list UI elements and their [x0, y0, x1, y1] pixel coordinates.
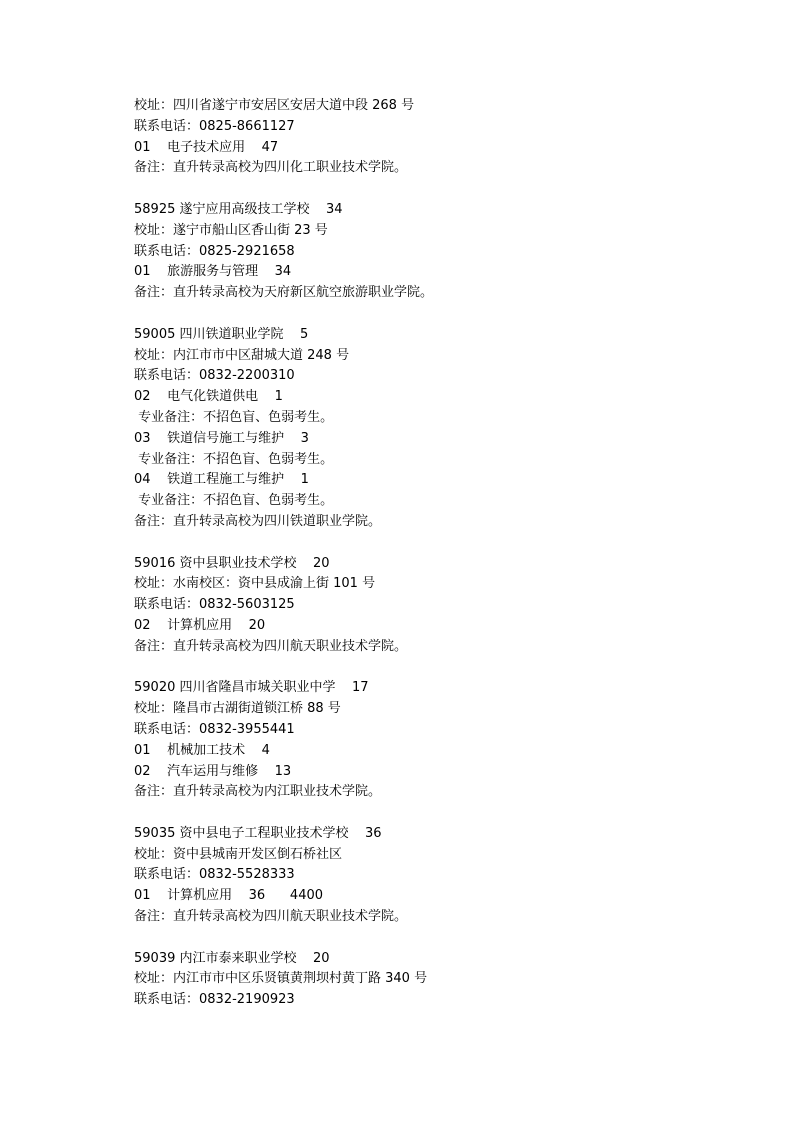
school-header: 59005 四川铁道职业学院 5	[134, 325, 694, 346]
school-header: 59039 内江市泰来职业学校 20	[134, 949, 694, 970]
major-remark: 专业备注：不招色盲、色弱考生。	[134, 450, 694, 471]
spacer	[134, 803, 694, 824]
school-header: 58925 遂宁应用高级技工学校 34	[134, 200, 694, 221]
school-address: 校址：内江市市中区甜城大道 248 号	[134, 346, 694, 367]
spacer	[134, 304, 694, 325]
school-address: 校址：内江市市中区乐贤镇黄荆坝村黄丁路 340 号	[134, 969, 694, 990]
school-phone: 联系电话：0825-2921658	[134, 242, 694, 263]
school-header: 59020 四川省隆昌市城关职业中学 17	[134, 678, 694, 699]
school-block: 校址：四川省遂宁市安居区安居大道中段 268 号 联系电话：0825-86611…	[134, 96, 694, 179]
school-remark: 备注：直升转录高校为四川化工职业技术学院。	[134, 158, 694, 179]
school-block: 59039 内江市泰来职业学校 20 校址：内江市市中区乐贤镇黄荆坝村黄丁路 3…	[134, 949, 694, 1011]
major-entry: 02 电气化铁道供电 1	[134, 387, 694, 408]
school-block: 59020 四川省隆昌市城关职业中学 17 校址：隆昌市古湖街道锁江桥 88 号…	[134, 678, 694, 803]
major-remark: 专业备注：不招色盲、色弱考生。	[134, 491, 694, 512]
major-entry: 02 计算机应用 20	[134, 616, 694, 637]
school-remark: 备注：直升转录高校为四川航天职业技术学院。	[134, 637, 694, 658]
major-remark: 专业备注：不招色盲、色弱考生。	[134, 408, 694, 429]
spacer	[134, 658, 694, 679]
school-remark: 备注：直升转录高校为四川航天职业技术学院。	[134, 907, 694, 928]
school-remark: 备注：直升转录高校为四川铁道职业学院。	[134, 512, 694, 533]
major-entry: 03 铁道信号施工与维护 3	[134, 429, 694, 450]
major-entry: 04 铁道工程施工与维护 1	[134, 470, 694, 491]
school-address: 校址：四川省遂宁市安居区安居大道中段 268 号	[134, 96, 694, 117]
major-entry: 01 机械加工技术 4	[134, 741, 694, 762]
school-header: 59016 资中县职业技术学校 20	[134, 554, 694, 575]
school-block: 59016 资中县职业技术学校 20 校址：水南校区：资中县成渝上街 101 号…	[134, 554, 694, 658]
spacer	[134, 928, 694, 949]
major-entry: 01 计算机应用 36 4400	[134, 886, 694, 907]
spacer	[134, 179, 694, 200]
school-block: 58925 遂宁应用高级技工学校 34 校址：遂宁市船山区香山街 23 号 联系…	[134, 200, 694, 304]
school-phone: 联系电话：0832-5603125	[134, 595, 694, 616]
school-remark: 备注：直升转录高校为天府新区航空旅游职业学院。	[134, 283, 694, 304]
school-phone: 联系电话：0832-3955441	[134, 720, 694, 741]
school-header: 59035 资中县电子工程职业技术学校 36	[134, 824, 694, 845]
document-page: 校址：四川省遂宁市安居区安居大道中段 268 号 联系电话：0825-86611…	[134, 96, 694, 1011]
school-phone: 联系电话：0832-2190923	[134, 990, 694, 1011]
school-address: 校址：遂宁市船山区香山街 23 号	[134, 221, 694, 242]
school-block: 59035 资中县电子工程职业技术学校 36 校址：资中县城南开发区倒石桥社区 …	[134, 824, 694, 928]
major-entry: 01 电子技术应用 47	[134, 138, 694, 159]
school-phone: 联系电话：0832-2200310	[134, 366, 694, 387]
school-remark: 备注：直升转录高校为内江职业技术学院。	[134, 782, 694, 803]
school-phone: 联系电话：0832-5528333	[134, 865, 694, 886]
school-address: 校址：水南校区：资中县成渝上街 101 号	[134, 574, 694, 595]
school-address: 校址：资中县城南开发区倒石桥社区	[134, 845, 694, 866]
school-phone: 联系电话：0825-8661127	[134, 117, 694, 138]
school-address: 校址：隆昌市古湖街道锁江桥 88 号	[134, 699, 694, 720]
major-entry: 01 旅游服务与管理 34	[134, 262, 694, 283]
school-block: 59005 四川铁道职业学院 5 校址：内江市市中区甜城大道 248 号 联系电…	[134, 325, 694, 533]
spacer	[134, 533, 694, 554]
major-entry: 02 汽车运用与维修 13	[134, 762, 694, 783]
